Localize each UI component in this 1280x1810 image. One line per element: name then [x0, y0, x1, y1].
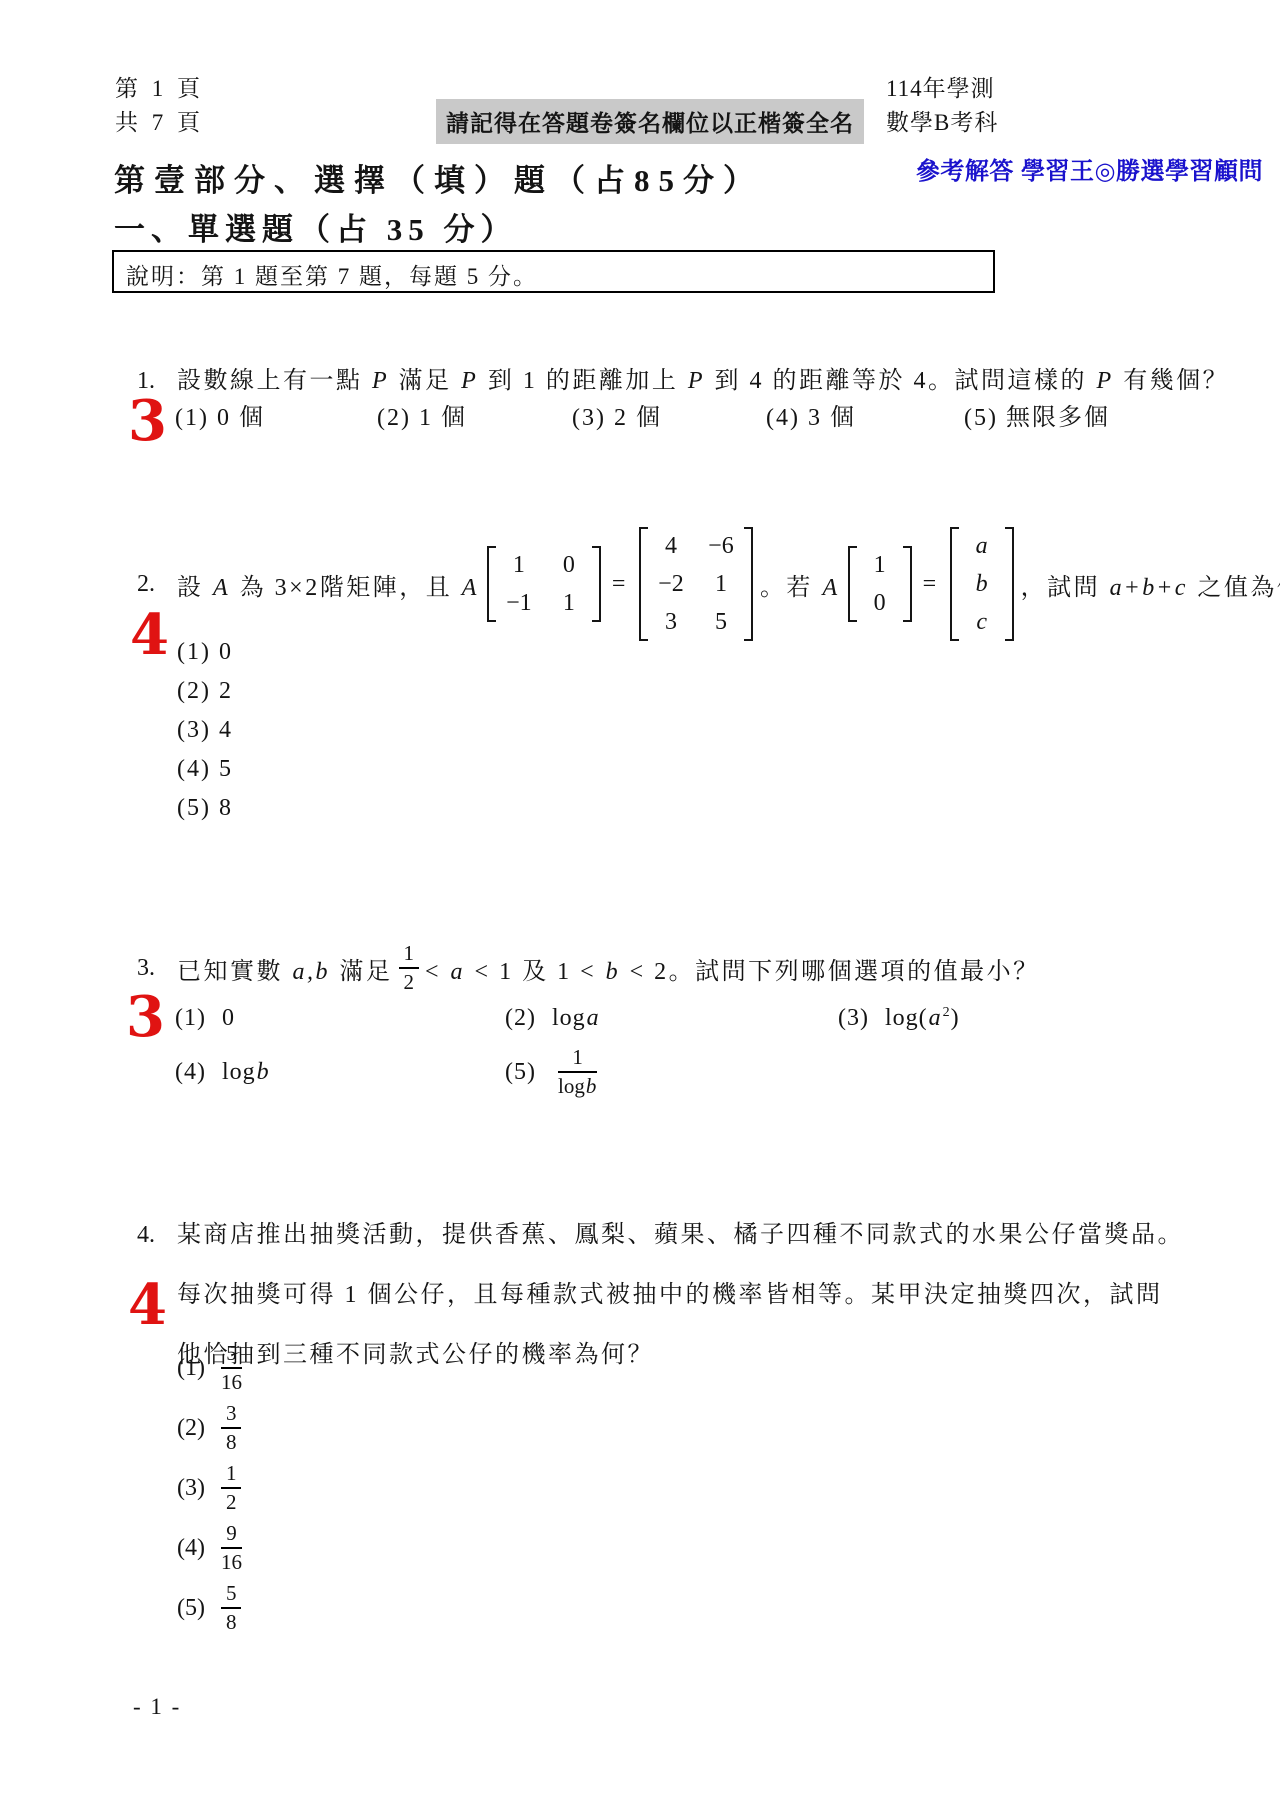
matrix-2x2: 10−11 — [487, 546, 601, 622]
fraction-numerator: 1 — [399, 941, 420, 969]
fraction-numerator: 1 — [221, 1461, 242, 1489]
q2-option-1: (1) 0 — [177, 633, 233, 672]
solution-credit: 參考解答 學習王◎勝選學習顧問 — [916, 151, 1263, 186]
equals-sign: = — [923, 571, 939, 598]
equals-sign: = — [612, 571, 628, 598]
q3-option-1: (1) 0 — [175, 1000, 235, 1036]
q2-option-4: (4) 5 — [177, 750, 233, 789]
q1-option-1: (1) 0 個 — [175, 400, 265, 436]
question-4-text-1: 某商店推出抽獎活動，提供香蕉、鳳梨、蘋果、橘子四種不同款式的水果公仔當獎品。 — [177, 1205, 1184, 1265]
q4-option-2-label: (2) — [177, 1415, 205, 1442]
matrix-abc: abc — [950, 527, 1014, 641]
bracket-left — [487, 546, 496, 622]
fraction-numerator: 5 — [221, 1581, 242, 1609]
q1-option-4: (4) 3 個 — [766, 400, 856, 436]
q1-option-5: (5) 無限多個 — [964, 400, 1110, 436]
q3-option-1-value: 0 — [222, 1000, 235, 1036]
q4-option-1: (1) 516 — [177, 1338, 248, 1398]
bracket-right — [592, 546, 601, 622]
question-1-text: 設數線上有一點 P 滿足 P 到 1 的距離加上 P 到 4 的距離等於 4。試… — [177, 366, 1229, 396]
q4-option-5-fraction: 58 — [221, 1581, 242, 1635]
q4-option-5: (5) 58 — [177, 1578, 248, 1638]
question-4-options: (1) 516 (2) 38 (3) 12 (4) 916 (5) 58 — [177, 1338, 248, 1638]
q4-option-4: (4) 916 — [177, 1518, 248, 1578]
q4-option-4-label: (4) — [177, 1535, 205, 1562]
fraction-numerator: 9 — [221, 1521, 242, 1549]
page-counter-line2: 共 7 頁 — [115, 106, 204, 140]
q3-option-3-value: log(a2) — [885, 1000, 960, 1036]
question-3-stem: 3. 已知實數 a,b 滿足 1 2 < a < 1 及 1 < b < 2。試… — [137, 930, 1040, 1006]
bracket-left — [848, 546, 857, 622]
q2-option-2: (2) 2 — [177, 672, 233, 711]
q4-option-2: (2) 38 — [177, 1398, 248, 1458]
answer-mark-q1: 3 — [128, 396, 167, 446]
subsection-title: 一、單選題（占 35 分） — [114, 204, 518, 249]
exam-info: 114年學測 數學B考科 — [886, 72, 998, 140]
q3-option-2: (2) loga — [505, 1000, 601, 1036]
bracket-right — [903, 546, 912, 622]
fraction-denominator: 2 — [221, 1489, 242, 1515]
q4-option-3-label: (3) — [177, 1475, 205, 1502]
bracket-right — [744, 527, 753, 641]
fraction-numerator: 3 — [221, 1401, 242, 1429]
question-1-options: (1) 0 個 (2) 1 個 (3) 2 個 (4) 3 個 (5) 無限多個 — [175, 400, 1235, 436]
q1-option-3: (3) 2 個 — [572, 400, 662, 436]
q3-option-5: (5) 1 logb — [505, 1040, 603, 1104]
bracket-right — [1005, 527, 1014, 641]
question-2-text-c: ，試問 a+b+c 之值為何？ — [1021, 567, 1280, 602]
q3-option-3: (3) log(a2) — [838, 1000, 960, 1036]
matrix-3x2: 4−6−2135 — [639, 527, 753, 641]
matrix-2x1: 10 — [848, 546, 912, 622]
page-counter-line1: 第 1 頁 — [115, 72, 204, 106]
q3-option-5-label: (5) — [505, 1059, 536, 1086]
instruction-box: 說明：第 1 題至第 7 題，每題 5 分。 — [112, 250, 995, 293]
section-title: 第壹部分、選擇（填）題（占85分） — [114, 155, 763, 200]
fraction-numerator: 1 — [558, 1045, 597, 1073]
question-4-text-3: 他恰抽到三種不同款式公仔的機率為何？ — [137, 1325, 1184, 1385]
q4-option-2-fraction: 38 — [221, 1401, 242, 1455]
bracket-left — [639, 527, 648, 641]
fraction-denominator: 16 — [221, 1549, 242, 1575]
q4-option-3-fraction: 12 — [221, 1461, 242, 1515]
page-counter: 第 1 頁 共 7 頁 — [115, 72, 204, 140]
page-footer: - 1 - — [133, 1694, 181, 1720]
q4-option-1-fraction: 516 — [221, 1341, 242, 1395]
q3-option-4-value: logb — [222, 1059, 271, 1086]
fraction-denominator: 16 — [221, 1369, 242, 1395]
q3-option-4: (4) logb — [175, 1040, 271, 1104]
fraction-one-over-logb: 1 logb — [558, 1045, 597, 1099]
q4-option-3: (3) 12 — [177, 1458, 248, 1518]
q3-option-2-value: loga — [552, 1000, 601, 1036]
bracket-left — [950, 527, 959, 641]
question-2-options: (1) 0 (2) 2 (3) 4 (4) 5 (5) 8 — [177, 633, 233, 828]
fraction-numerator: 5 — [221, 1341, 242, 1369]
fraction-denominator: 8 — [221, 1429, 242, 1455]
q1-option-2: (2) 1 個 — [377, 400, 467, 436]
question-1-stem: 1. 設數線上有一點 P 滿足 P 到 1 的距離加上 P 到 4 的距離等於 … — [137, 366, 1229, 396]
q4-option-4-fraction: 916 — [221, 1521, 242, 1575]
answer-mark-q4: 4 — [128, 1280, 167, 1330]
exam-page: 第 1 頁 共 7 頁 請記得在答題卷簽名欄位以正楷簽全名 114年學測 數學B… — [0, 0, 1280, 1810]
exam-subject: 數學B考科 — [886, 106, 998, 140]
question-4-text-2: 每次抽獎可得 1 個公仔，且每種款式被抽中的機率皆相等。某甲決定抽獎四次，試問 — [137, 1265, 1184, 1325]
question-2-text-b: 。若 A — [760, 567, 841, 602]
q2-option-5: (5) 8 — [177, 789, 233, 828]
answer-mark-q3: 3 — [126, 992, 165, 1042]
fraction-denominator: 8 — [221, 1609, 242, 1635]
question-3-options-row2: (4) logb (5) 1 logb — [175, 1040, 1235, 1104]
q3-option-3-label: (3) — [838, 1000, 869, 1036]
q3-option-2-label: (2) — [505, 1000, 536, 1036]
q2-option-3: (3) 4 — [177, 711, 233, 750]
q3-option-4-label: (4) — [175, 1059, 206, 1086]
question-4-stem: 4. 某商店推出抽獎活動，提供香蕉、鳳梨、蘋果、橘子四種不同款式的水果公仔當獎品… — [137, 1205, 1184, 1385]
question-4-number: 4. — [137, 1205, 177, 1265]
fraction-denominator: 2 — [399, 969, 420, 995]
exam-year: 114年學測 — [886, 72, 998, 106]
q3-option-1-label: (1) — [175, 1000, 206, 1036]
fraction-one-half: 1 2 — [399, 941, 420, 995]
question-3-text-a: 已知實數 a,b 滿足 — [177, 951, 393, 986]
answer-mark-q2: 4 — [130, 610, 169, 660]
question-2-number: 2. — [137, 571, 177, 598]
signature-notice: 請記得在答題卷簽名欄位以正楷簽全名 — [436, 99, 864, 144]
q4-option-1-label: (1) — [177, 1355, 205, 1382]
question-3-options-row1: (1) 0 (2) loga (3) log(a2) — [175, 1000, 1235, 1036]
question-2-stem: 2. 設 A 為 3×2階矩陣，且 A 10−11 = 4−6−2135 。若 … — [137, 508, 1280, 660]
question-4-line1: 4. 某商店推出抽獎活動，提供香蕉、鳳梨、蘋果、橘子四種不同款式的水果公仔當獎品… — [137, 1205, 1184, 1265]
q4-option-5-label: (5) — [177, 1595, 205, 1622]
question-3-text-b: < a < 1 及 1 < b < 2。試問下列哪個選項的值最小？ — [425, 951, 1040, 986]
question-2-text-a: 設 A 為 3×2階矩陣，且 A — [177, 567, 480, 602]
question-3-number: 3. — [137, 955, 177, 982]
fraction-denominator: logb — [558, 1073, 597, 1099]
